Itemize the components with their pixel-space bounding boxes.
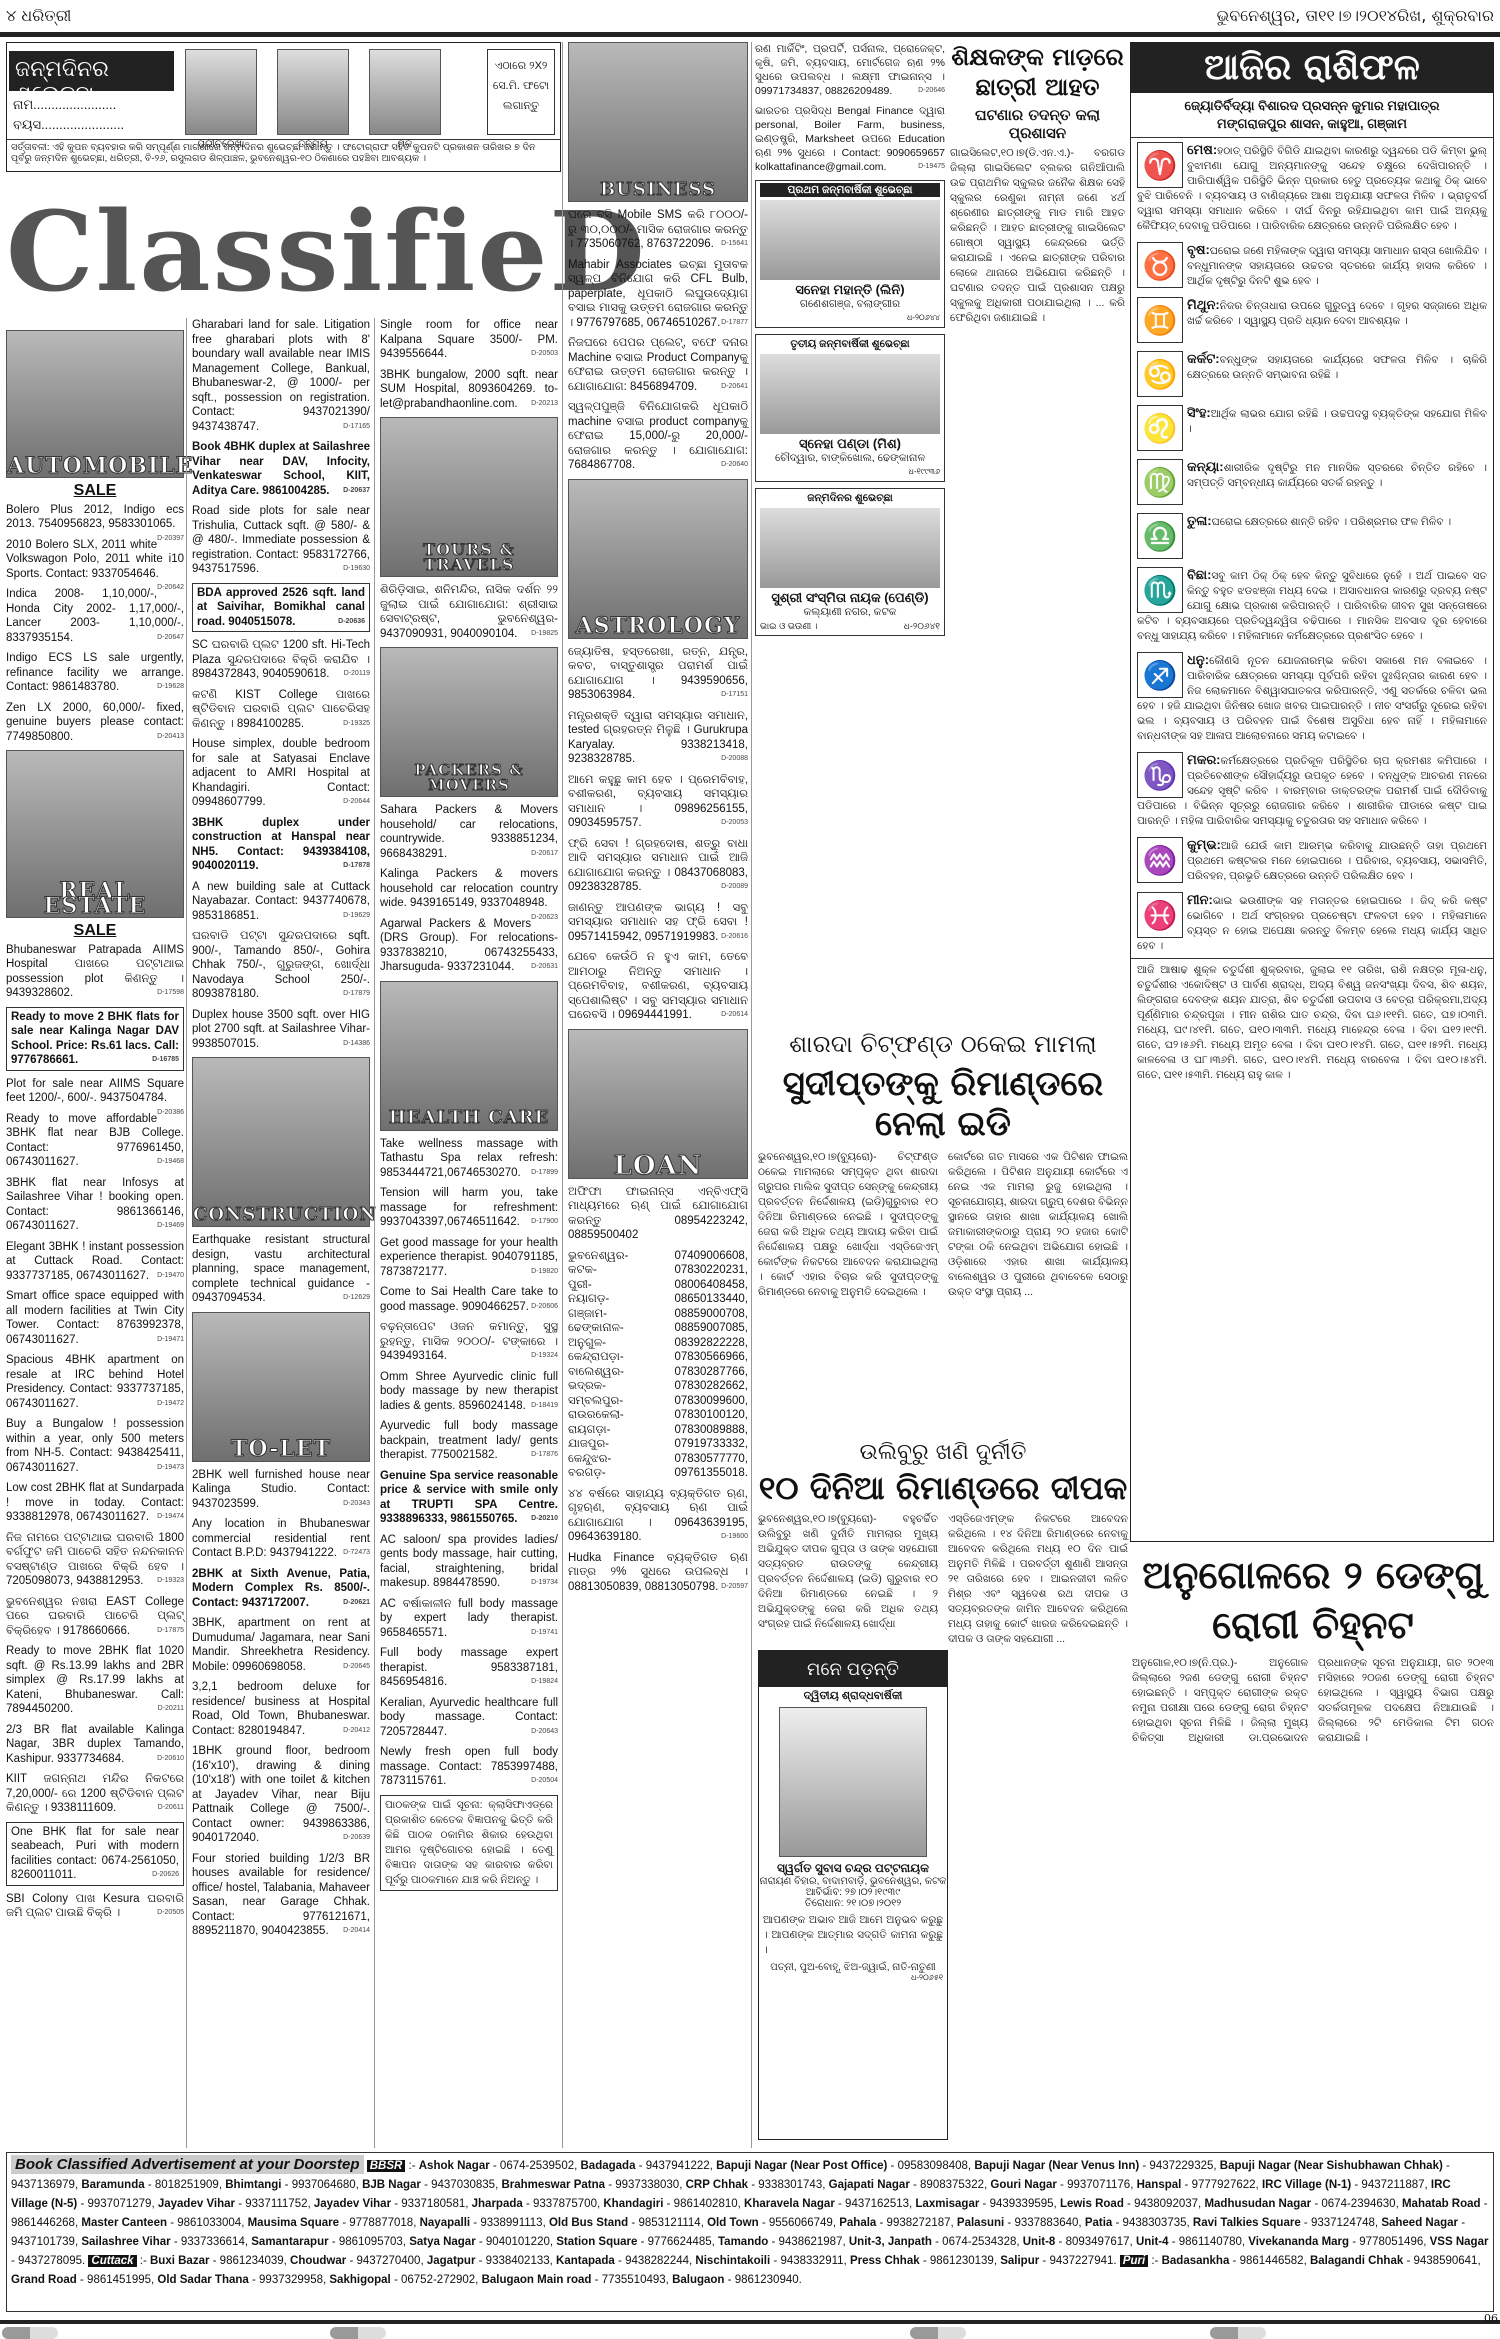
centre-name: Old Sadar Thana — [157, 2274, 248, 2286]
zodiac-icon: ♒ — [1137, 837, 1183, 883]
centre-name: Unit-3, Janpath — [849, 2236, 932, 2248]
classified-ad: Come to Sai Health Care take to good mas… — [380, 1285, 558, 1314]
classified-ad: Ayurvedic full body massage backpain, tr… — [380, 1419, 558, 1463]
ad-code: D-20088 — [721, 752, 748, 767]
centre-name: Gouri Nagar — [990, 2179, 1056, 2191]
centre-phone: 9337875700 — [533, 2198, 597, 2210]
horoscope-sign: ♉ବୃଷ:ଘରୋଇ ଜଣେ ମହିଳାଙ୍କ ଦ୍ୱାରା ସମସ୍ୟା ସାମ… — [1131, 238, 1493, 293]
centre-name: Patia — [1085, 2217, 1113, 2229]
centre-name: Satya Nagar — [409, 2236, 475, 2248]
loan-contact-row: ଯାଜପୁର-07919733332, — [568, 1437, 748, 1452]
classified-ad: Agarwal Packers & Movers (DRS Group). Fo… — [380, 917, 558, 975]
centre-name: Bapuji Nagar (Near Post Office) — [716, 2160, 887, 2172]
top-rule — [0, 32, 1500, 37]
classified-ad: Any location in Bhubaneswar commercial r… — [192, 1517, 370, 1561]
photo-slot: ଏଠାରେ ୨X୨ ସେ.ମି. ଫଟୋ ଲଗାନ୍ତୁ — [487, 49, 555, 135]
ad-code: D-20414 — [343, 1924, 370, 1939]
loan-contact-row: ଅନୁଗୁଳ-08392822228, — [568, 1336, 748, 1351]
child-photo — [760, 354, 940, 434]
centre-name: Badagada — [581, 2160, 636, 2172]
centre-phone: 9937071279 — [87, 2198, 151, 2210]
centre-phone: 9337180581 — [401, 2198, 465, 2210]
horoscope-sign: ♋କର୍କଟ:ବନ୍ଧୁଙ୍କ ସହାୟତାରେ କାର୍ଯ୍ୟରେ ସଫଳତା… — [1131, 347, 1493, 401]
centre-phone: 9437941222 — [646, 2160, 710, 2172]
classified-ad: Bolero Plus 2012, Indigo ecs 2013. 75409… — [6, 503, 184, 532]
column-real-estate-tolet: Gharabari land for sale. Litigation free… — [192, 318, 370, 1945]
sign-name: କୁମ୍ଭ: — [1187, 837, 1221, 852]
column-divider — [562, 42, 563, 2148]
zodiac-icon: ♏ — [1137, 567, 1183, 613]
ad-code: D-20210 — [531, 1512, 558, 1527]
ad-text: Gharabari land for sale. Litigation free… — [192, 319, 370, 433]
sign-name: ବୃଷ: — [1187, 242, 1210, 257]
centre-phone: 9439339595 — [990, 2198, 1054, 2210]
centre-phone: 9556066749 — [769, 2217, 833, 2229]
ad-code: D-19469 — [157, 1219, 184, 1234]
registration-mark — [910, 2327, 966, 2339]
ad-code: D-20639 — [343, 1831, 370, 1846]
centre-name: Samantarapur — [251, 2236, 328, 2248]
horoscope-sign: ♐ଧନୁ:କୌଣସି ନୂତନ ଯୋଜନାରମ୍ଭ କରିବା ସକାଶେ ମନ… — [1131, 648, 1493, 748]
sign-text: ବନ୍ଧୁଙ୍କ ସହାୟତାରେ କାର୍ଯ୍ୟରେ ସଫଳତା ମିଳିବ … — [1187, 354, 1487, 381]
loan-contact-row: ବରଗଡ଼-09761355018. — [568, 1466, 748, 1481]
name-field[interactable]: ନାମ....................... — [13, 97, 116, 113]
centre-name: Sakhigopal — [329, 2274, 390, 2286]
centre-name: Mausima Square — [248, 2217, 339, 2229]
child-photo — [185, 49, 257, 135]
centre-phone: 9861230139 — [930, 2255, 994, 2267]
loan-contact-row: ସମ୍ବଲପୁର-07830099600, — [568, 1394, 748, 1409]
ad-code: D-19629 — [343, 909, 370, 924]
classified-ad: 3,2,1 bedroom deluxe for residence/ busi… — [192, 1680, 370, 1738]
sign-text: ଘରୋଇ ଜଣେ ମହିଳାଙ୍କ ଦ୍ୱାରା ସମସ୍ୟା ସାମାଧାନ … — [1187, 245, 1487, 287]
ad-code: D-20626 — [152, 1868, 179, 1883]
sign-text: ଆଜି ଯେଉଁ କାମ ଆରମ୍ଭ କରିବାକୁ ଯାଉଛନ୍ତି ତାହା… — [1187, 840, 1487, 882]
centre-phone: 9040101220 — [486, 2236, 550, 2248]
ad-code: D-20644 — [343, 795, 370, 810]
classified-ad: କଟଣି KIST College ପାଖରେ ଷ୍ଟିଡିବାନ ଘରବାରି… — [192, 688, 370, 732]
ad-text: ଭାରତର ପ୍ରସିଦ୍ଧ Bengal Finance ଦ୍ୱାରା per… — [755, 105, 945, 173]
footer-title: Book Classified Advertisement at your Do… — [11, 2155, 364, 2174]
centre-phone: 9437270400 — [357, 2255, 421, 2267]
centre-name: Bapuji Nagar (Near Venus Inn) — [974, 2160, 1139, 2172]
centre-phone: 9437030835 — [431, 2179, 495, 2191]
centre-phone: 9861446582 — [1240, 2255, 1304, 2267]
news-story-deepak: ଉଲିବୁରୁ ଖଣି ଦୁର୍ନୀତି ୧୦ ଦିନିଆ ରିମାଣ୍ଡରେ … — [758, 1440, 1128, 1647]
classified-ad: 3BHK flat near Infosys at Sailashree Vih… — [6, 1176, 184, 1234]
ad-code: D-17878 — [343, 859, 370, 874]
horoscope-sign: ♑ମକର:କର୍ମକ୍ଷେତ୍ରରେ ପ୍ରତିକୂଳ ପରିସ୍ଥିତିର ଚ… — [1131, 748, 1493, 833]
zodiac-icon: ♉ — [1137, 242, 1183, 288]
classified-ad: ନିଜ ନାମରେ ପଟ୍ଟାଥାଇ ଘରବାରି 1800 ବର୍ଗଫୁଟ ଜ… — [6, 1531, 184, 1589]
centre-phone: 9438092037 — [1134, 2198, 1198, 2210]
ad-code: D-17899 — [531, 1166, 558, 1181]
classified-ad: BDA approved 2526 sqft. land at Saivihar… — [192, 583, 370, 633]
sign-text: ଘରୋଇ କ୍ଷେତ୍ରରେ ଶାନ୍ତି ରହିବ । ପରିଶ୍ରମର ଫଳ… — [1212, 516, 1452, 528]
sign-text: ଶାରୀରିକ ଦୃଷ୍ଟିରୁ ମନ ମାନସିକ ସ୍ତରରେ ଚିନ୍ତି… — [1187, 462, 1487, 489]
centre-phone: 9437162513 — [845, 2198, 909, 2210]
centre-phone: 0674-2534328 — [942, 2236, 1016, 2248]
classified-ad: Low cost 2BHK flat at Sundarpada ! move … — [6, 1481, 184, 1525]
centre-phone: 7735510493 — [602, 2274, 666, 2286]
age-field[interactable]: ବୟସ....................... — [13, 117, 124, 133]
ad-code: D-20646 — [918, 84, 945, 98]
classified-ad: Omm Shree Ayurvedic clinic full body mas… — [380, 1370, 558, 1414]
horoscope-sign: ♒କୁମ୍ଭ:ଆଜି ଯେଉଁ କାମ ଆରମ୍ଭ କରିବାକୁ ଯାଉଛନ୍… — [1131, 833, 1493, 888]
classified-ad: ଭୁବନେଶ୍ୱର ନଖରା EAST College ପରେ ଘରବାରି ପ… — [6, 1595, 184, 1639]
classified-ad: Buy a Bungalow ! possession within a yea… — [6, 1417, 184, 1475]
ad-code: D-19468 — [157, 1155, 184, 1170]
news-story-dengue: ଅନୁଗୋଳରେ ୨ ଡେଙ୍ଗୁ ରୋଗୀ ଚିହ୍ନଟ ଅନୁଗୋଳ,୧୦।… — [1132, 1550, 1494, 1746]
centre-name: BJB Nagar — [362, 2179, 421, 2191]
centre-phone: 9338991113 — [480, 2217, 542, 2229]
ad-code: D-19825 — [531, 627, 558, 642]
ad-code: D-20641 — [721, 380, 748, 395]
zodiac-icon: ♌ — [1137, 405, 1183, 451]
classified-ad: ଘରେ ବସି Mobile SMS କରି ୮୦୦୦/- ରୁ ୩୦,୦୦୦/… — [568, 208, 748, 252]
classified-ad: ଫ୍ରି ସେବା ! ଗ୍ରହଦୋଷ, ଶତ୍ରୁ ବାଧା ଆଦି ସମସ୍… — [568, 837, 748, 895]
loan-contact-row: ବାଲେଶ୍ୱର-07830287766, — [568, 1365, 748, 1380]
centre-name: Kantapada — [556, 2255, 615, 2267]
classified-ad: Sahara Packers & Movers household/ car r… — [380, 803, 558, 861]
ad-code: D-16785 — [152, 1053, 179, 1068]
centre-name: Buxi Bazar — [150, 2255, 209, 2267]
ad-code: D-19474 — [157, 1510, 184, 1525]
loan-intro: ଅଫିଫା ଫାଇନାନ୍ସ ଏନ୍‌ବିଏଫ୍‌ସି ମାଧ୍ୟମରେ ଋଣ୍… — [568, 1185, 748, 1243]
classified-ad: Tension will harm you, take massage for … — [380, 1186, 558, 1230]
ad-text: ରଣ ମାର୍କିଟିଂ, ପ୍ରପର୍ଟି, ପର୍ସନାଲ, ପ୍ରୋଜେକ… — [755, 43, 945, 97]
business-banner: BUSINESS — [568, 42, 748, 202]
ad-code: D-17900 — [531, 1215, 558, 1230]
classified-ad: Newly fresh open full body massage. Cont… — [380, 1745, 558, 1789]
classified-ad: 3BHK bungalow, 2000 sqft. near SUM Hospi… — [380, 368, 558, 412]
centre-name: Brahmeswar Patna — [501, 2179, 605, 2191]
ad-code: D-20621 — [343, 1596, 370, 1611]
loan-contact-row: ଢେଙ୍କାନାଳ-08859007085, — [568, 1321, 748, 1336]
classified-ad: 1BHK ground floor, bedroom (16'x10'), dr… — [192, 1744, 370, 1846]
centre-phone: 8908375322 — [920, 2179, 984, 2191]
automobile-banner: AUTOMOBILE — [6, 330, 184, 478]
horoscope-sign: ♌ସିଂହ:ଆର୍ଥିକ ଲାଭର ଯୋଗ ରହିଛି । ଉଚ୍ଚପଦସ୍ଥ … — [1131, 401, 1493, 455]
page-number: 06 — [1484, 2312, 1498, 2325]
story-body-right: କୋର୍ଟରେ ଗତ ମାସରେ ଏକ ପିଟିଶନ ଫାଇଲ କରିଥିଲେ … — [948, 1150, 1128, 1300]
centre-phone: 9437101739 — [11, 2236, 75, 2248]
ad-code: D-20597 — [721, 1580, 748, 1595]
centre-name: Master Canteen — [81, 2217, 167, 2229]
classified-ad: ଜ୍ୟୋତିଷ, ହସ୍ତରେଖା, ରତ୍ନ, ଯନ୍ତ୍ର, କବଚ, ବା… — [568, 645, 748, 703]
region-tag: Puri — [1120, 2255, 1148, 2267]
page-label: ୪ ଧରିତ୍ରୀ — [6, 6, 71, 32]
centre-name: Pahala — [839, 2217, 876, 2229]
loan-contact-row: ଗଞ୍ଜାମ-08859000708, — [568, 1307, 748, 1322]
centre-name: Balugaon Main road — [482, 2274, 592, 2286]
centre-phone: 9861446268 — [11, 2217, 75, 2229]
classified-ad: Full body massage expert therapist. 9583… — [380, 1646, 558, 1690]
zodiac-icon: ♈ — [1137, 142, 1183, 188]
ad-code: D-20616 — [721, 930, 748, 945]
ad-code: D-20413 — [157, 730, 184, 745]
centre-phone: 9438621987 — [779, 2236, 843, 2248]
ad-code: D-17877 — [721, 316, 748, 331]
centre-name: Lewis Road — [1060, 2198, 1124, 2210]
ad-code: D-19324 — [531, 1349, 558, 1364]
baby-photo — [760, 200, 940, 280]
ad-code: D-20614 — [721, 1008, 748, 1023]
centre-name: Press Chhak — [850, 2255, 920, 2267]
ad-code: D-20617 — [531, 847, 558, 862]
classified-ad: 2/3 BR flat available Kalinga Nagar, 3BR… — [6, 1723, 184, 1767]
classified-ad: 2BHK at Sixth Avenue, Patia, Modern Comp… — [192, 1567, 370, 1611]
registration-mark — [2, 2327, 58, 2339]
ad-code: D-12629 — [343, 1291, 370, 1306]
centre-phone: 9338402133 — [486, 2255, 550, 2267]
birthday-coupon: ଜନ୍ମଦିନର ଶୁଭେଚ୍ଛା ନାମ...................… — [6, 42, 561, 172]
health-care-banner: HEALTH CARE — [380, 981, 558, 1131]
dateline: ଭୁବନେଶ୍ୱର, ତା୧୧।୭।୨୦୧୪ରିଖ, ଶୁକ୍ରବାର — [1217, 6, 1494, 32]
sign-name: ବିଛା: — [1187, 567, 1211, 582]
kicker: ଉଲିବୁରୁ ଖଣି ଦୁର୍ନୀତି — [758, 1440, 1128, 1465]
centre-name: Madhusudan Nagar — [1204, 2198, 1311, 2210]
ad-code: D-19824 — [531, 1675, 558, 1690]
classified-ad: ୪୪ ବର୍ଷରେ ସାହାଯ୍ୟ ବ୍ୟକ୍ତିଗତ ଋଣ, ଗୃହଋଣ, ବ… — [568, 1487, 748, 1545]
news-story-teacher: ଶିକ୍ଷକଙ୍କ ମାଡ଼ରେ ଛାତ୍ରୀ ଆହତ ଘଟଣାର ତଦନ୍ତ … — [950, 42, 1125, 326]
ad-code: D-19471 — [157, 1333, 184, 1348]
classified-ad: Single room for office near Kalpana Squa… — [380, 318, 558, 362]
zodiac-icon: ♐ — [1137, 652, 1183, 698]
loan-contact-row: କେନ୍ଦ୍ରାପଡ଼ା-07830566966, — [568, 1350, 748, 1365]
ad-code: D-20623 — [531, 911, 558, 926]
ad-code: D-17598 — [157, 986, 184, 1001]
ad-code: D-20611 — [158, 1801, 184, 1816]
ad-code: D-20636 — [338, 615, 365, 630]
sign-name: ଧନୁ: — [1187, 652, 1209, 667]
memorial-notice: ମନେ ପଡ଼ନ୍ତି ଦ୍ୱିତୀୟ ଶ୍ରାଦ୍ଧବାର୍ଷିକୀ ସ୍ୱର… — [758, 1650, 948, 2140]
centre-name: Sailashree Vihar — [81, 2236, 170, 2248]
zodiac-icon: ♓ — [1137, 892, 1183, 938]
ad-code: D-19734 — [531, 1576, 558, 1591]
ad-text: Plot for sale near AIIMS Square feet 120… — [6, 1078, 184, 1105]
centre-phone: 8093497617 — [1066, 2236, 1130, 2248]
bottom-rule — [0, 2320, 1500, 2324]
horoscope-sign: ♏ବିଛା:ସବୁ କାମ ଠିକ୍ ଠିକ୍ ହେବ କିନ୍ତୁ ସୁବିଧ… — [1131, 563, 1493, 648]
horoscope-sign: ♓ମୀନ:ଭାଇ ଭଉଣୀଙ୍କ ସହ ମତାନ୍ତର ହୋଇପାରେ । ଜି… — [1131, 888, 1493, 958]
centre-phone: 9437211887 — [1361, 2179, 1424, 2191]
centre-phone: 9337111752 — [245, 2198, 307, 2210]
classified-ad: Kalinga Packers & movers household car r… — [380, 867, 558, 911]
centre-name: Nayapalli — [420, 2217, 471, 2229]
classified-ad: ଆମେ କହୁଛୁ କାମ ହେବ । ପ୍ରେମବିବାହ, ବଶୀକରଣ, … — [568, 773, 748, 831]
centre-name: Jayadev Vihar — [314, 2198, 391, 2210]
portrait-photo — [779, 1707, 927, 1857]
loan-contact-row: ରାଉରକେଲା-07830100120, — [568, 1408, 748, 1423]
headline: ଅନୁଗୋଳରେ ୨ ଡେଙ୍ଗୁ ରୋଗୀ ଚିହ୍ନଟ — [1132, 1550, 1494, 1650]
ad-text: Kalinga Packers & movers household car r… — [380, 868, 558, 909]
ad-code: D-17876 — [531, 1448, 558, 1463]
sign-name: ମକର: — [1187, 752, 1221, 767]
registration-mark — [330, 2327, 386, 2339]
ad-code: D-20343 — [343, 1497, 370, 1512]
centre-phone: 9937071176 — [1067, 2179, 1130, 2191]
classified-ad: Ready to move 2 BHK flats for sale near … — [6, 1007, 184, 1071]
sign-name: ମିଥୁନ: — [1187, 297, 1220, 312]
centre-name: Jagatpur — [427, 2255, 476, 2267]
horoscope-sign: ♊ମିଥୁନ:ନିଜର ଚିନ୍ତାଧାରା ଉପରେ ଗୁରୁତ୍ୱ ଦେବେ… — [1131, 293, 1493, 347]
kicker: ଶାରଦା ଚିଟ୍‌ଫଣ୍ଡ ଠକେଇ ମାମଲା — [758, 1030, 1128, 1058]
column-divider — [186, 318, 187, 2148]
tours-travels-banner: TOURS & TRAVELS — [380, 417, 558, 577]
classified-ad: AC saloon/ spa provides ladies/ gents bo… — [380, 1533, 558, 1591]
ad-code: D-20647 — [157, 631, 184, 646]
column-finance-wishes: ରଣ ମାର୍କିଟିଂ, ପ୍ରପର୍ଟି, ପର୍ସନାଲ, ପ୍ରୋଜେକ… — [755, 42, 945, 642]
centre-phone: 9861234039 — [220, 2255, 284, 2267]
ad-code: D-19472 — [157, 1397, 184, 1412]
coupon-rules: ସର୍ତ୍ତାବଳୀ: ଏହି କୁପନ ବ୍ୟବହାର କରି ସମ୍ପୂର୍… — [7, 139, 560, 171]
classified-ad: Gharabari land for sale. Litigation free… — [192, 318, 370, 434]
ad-code: D-72473 — [343, 1546, 370, 1561]
centre-name: Unit-4 — [1136, 2236, 1169, 2248]
centre-phone: 9776624485 — [648, 2236, 712, 2248]
ad-text: Bolero Plus 2012, Indigo ecs 2013. 75409… — [6, 504, 184, 531]
news-story-saradha: ଶାରଦା ଚିଟ୍‌ଫଣ୍ଡ ଠକେଇ ମାମଲା ସୁଦୀପ୍ତଙ୍କୁ ର… — [758, 1030, 1128, 1300]
zodiac-icon: ♋ — [1137, 351, 1183, 397]
story-body: ଅନୁଗୋଳ,୧୦।୭(ନି.ପ୍ର.)- ଅନୁଗୋଳ ଜିଲ୍ଲାରେ ୨ଜ… — [1132, 1656, 1494, 1746]
child-photo — [277, 49, 349, 135]
horoscope-sign: ♈ମେଷ:ହଠାତ୍ ପରିସ୍ଥିତି ବିଗିଡି ଯାଇଥିବା କାରଣ… — [1131, 138, 1493, 238]
real-estate-banner: REAL ESTATE — [6, 750, 184, 918]
centre-name: CRP Chhak — [686, 2179, 748, 2191]
ad-code: D-19628 — [157, 680, 184, 695]
centre-phone: 9937329958 — [259, 2274, 323, 2286]
column-travel-health: Single room for office near Kalpana Squa… — [380, 318, 558, 1897]
classified-ad: KIIT ଜଗନ୍ନାଥ ମନ୍ଦିର ନିକଟରେ 7,20,000/- ରେ… — [6, 1772, 184, 1816]
classified-ad: ଜାଣନ୍ତୁ ଆପଣଙ୍କ ଭାଗ୍ୟ ! ସବୁ ସମସ୍ୟାର ସମାଧା… — [568, 901, 748, 945]
ad-code: D-17151 — [721, 688, 748, 703]
classified-ad: 2BHK well furnished house near Kalinga S… — [192, 1468, 370, 1512]
centre-name: Badasankha — [1162, 2255, 1230, 2267]
sign-name: କନ୍ୟା: — [1187, 459, 1224, 474]
centre-name: Tamando — [718, 2236, 768, 2248]
reader-notice: ପାଠକଙ୍କ ପାଇଁ ସୂଚନା: କ୍ଲାସିଫାଏଡ୍‌ରେ ପ୍ରକା… — [380, 1795, 558, 1891]
classified-ad: Indica 2008- 1,10,000/-, Honda City 2002… — [6, 587, 184, 645]
sign-text: ଆର୍ଥିକ ଲାଭର ଯୋଗ ରହିଛି । ଉଚ୍ଚପଦସ୍ଥ ବ୍ୟକ୍ତ… — [1187, 408, 1487, 435]
centre-phone: 0674-2539502 — [500, 2160, 574, 2172]
ad-code: D-20610 — [157, 1752, 184, 1767]
classified-ad: SC ଘରବାରି ପ୍ଲଟ 1200 sft. Hi-Tech Plaza ସ… — [192, 638, 370, 682]
centre-phone: 9337124748 — [1311, 2217, 1375, 2229]
loan-contact-row: କେନ୍ଦୁଝର-07830577770, — [568, 1452, 748, 1467]
classified-ad: Indigo ECS LS sale urgently, refinance f… — [6, 651, 184, 695]
zodiac-icon: ♑ — [1137, 752, 1183, 798]
classified-ad: Take wellness massage with Tathastu Spa … — [380, 1137, 558, 1181]
centre-name: Bapuji Nagar (Near Sishubhawan Chhak) — [1220, 2160, 1443, 2172]
centre-phone: 9778051496 — [1359, 2236, 1423, 2248]
ad-text: 1BHK ground floor, bedroom (16'x10'), dr… — [192, 1745, 370, 1844]
centre-name: Khandagiri — [603, 2198, 663, 2210]
astrology-banner: ASTROLOGY — [568, 479, 748, 639]
classified-logo: ClassifieD — [6, 198, 561, 306]
classified-ad: Duplex house 3500 sqft. over HIG plot 27… — [192, 1008, 370, 1052]
classified-ad: 3BHK, apartment on rent at Dumuduma/ Jag… — [192, 1616, 370, 1674]
classified-ad: 3BHK duplex under construction at Hanspa… — [192, 816, 370, 874]
centre-name: Bhimtangi — [225, 2179, 281, 2191]
sign-text: ହଠାତ୍ ପରିସ୍ଥିତି ବିଗିଡି ଯାଇଥିବା କାରଣରୁ ଦ୍… — [1137, 145, 1487, 232]
centre-phone: 9938272187 — [887, 2217, 951, 2229]
classified-ad: Spacious 4BHK apartment on resale at IRC… — [6, 1353, 184, 1411]
ad-code: D-19741 — [531, 1626, 558, 1641]
centre-phone: 9437278095 — [18, 2255, 82, 2267]
classified-ad: Earthquake resistant structural design, … — [192, 1233, 370, 1306]
classified-ad: Keralian, Ayurvedic healthcare full body… — [380, 1696, 558, 1740]
horoscope-title: ଆଜିର ରାଶିଫଳ — [1131, 43, 1493, 93]
zodiac-icon: ♊ — [1137, 297, 1183, 343]
centre-phone: 9853121114 — [638, 2217, 700, 2229]
centre-phone: 0674-2394630 — [1321, 2198, 1395, 2210]
column-divider — [751, 42, 752, 2148]
booking-centres: Book Classified Advertisement at your Do… — [6, 2152, 1494, 2312]
headline: ସୁଦୀପ୍ତଙ୍କୁ ରିମାଣ୍ଡରେ ନେଲା ଇଡି — [758, 1064, 1128, 1144]
centre-name: Old Town — [707, 2217, 759, 2229]
ad-code: D-20645 — [343, 1660, 370, 1675]
ad-code: D-20631 — [531, 960, 558, 975]
centre-name: Vivekananda Marg — [1248, 2236, 1349, 2248]
centre-phone: 9438303735 — [1123, 2217, 1187, 2229]
classified-ad: ନିଜଘରେ ପେପର ପ୍ଲେଟ୍, ବଫେ ଦନାର Machine ବସା… — [568, 336, 748, 394]
panjika: ଆଜି ଆଷାଢ ଶୁକ୍ଳ ଚତୁର୍ଦ୍ଦଶୀ ଶୁକ୍ରବାର, ଜୁଲା… — [1131, 958, 1493, 1087]
centre-phone: 9778877018 — [349, 2217, 413, 2229]
classified-ad: Hudka Finance ବ୍ୟକ୍ତିଗତ ଋଣ ମାତ୍ର ୨% ସୁଧର… — [568, 1551, 748, 1595]
sign-text: ନିଜର ଚିନ୍ତାଧାରା ଉପରେ ଗୁରୁତ୍ୱ ଦେବେ । ଗୃହର… — [1187, 300, 1487, 327]
masthead: ୪ ଧରିତ୍ରୀ ଭୁବନେଶ୍ୱର, ତା୧୧।୭।୨୦୧୪ରିଖ, ଶୁକ… — [6, 6, 1494, 32]
centre-name: Jayadev Vihar — [158, 2198, 235, 2210]
classified-ad: ସ୍ୱଳ୍ପପୁଞ୍ଜି ବିନିଯୋଗକରି ଧୂପକାଠି machine … — [568, 400, 748, 473]
centre-name: Balugaon — [672, 2274, 724, 2286]
loan-contact-row: ପୁରୀ-08006408458, — [568, 1278, 748, 1293]
centre-name: Palasuni — [957, 2217, 1004, 2229]
ad-code: D-14386 — [343, 1037, 370, 1052]
memorial-title: ମନେ ପଡ଼ନ୍ତି — [759, 1651, 947, 1687]
centre-name: IRC Village (N-1) — [1262, 2179, 1351, 2191]
classified-ad: Smart office space equipped with all mod… — [6, 1289, 184, 1347]
region-tag: Cuttack — [88, 2255, 136, 2267]
ad-code: D-20505 — [157, 1906, 184, 1921]
ad-code: D-17165 — [343, 420, 370, 435]
classified-ad: SBI Colony ପାଖ Kesura ଘରବାରି ଜମି ପ୍ଲଟ ପା… — [6, 1892, 184, 1921]
classified-ad: Bhubaneswar Patrapada AIIMS Hospital ପାଖ… — [6, 943, 184, 1001]
section-heading: SALE — [6, 924, 184, 939]
section-heading: SALE — [6, 484, 184, 499]
centre-phone: 9861095703 — [339, 2236, 403, 2248]
centre-phone: 9437227941 — [1049, 2255, 1113, 2267]
centre-name: Mahatab Road — [1402, 2198, 1481, 2210]
ad-code: D-20606 — [531, 1300, 558, 1315]
column-business-astrology-loan: BUSINESS ଘରେ ବସି Mobile SMS କରି ୮୦୦୦/- ର… — [568, 42, 748, 1600]
centre-name: Ashok Nagar — [419, 2160, 490, 2172]
ad-code: D-20637 — [343, 484, 370, 499]
ad-code: D-20503 — [531, 347, 558, 362]
horoscope-sign: ♎ତୁଳା:ଘରୋଇ କ୍ଷେତ୍ରରେ ଶାନ୍ତି ରହିବ । ପରିଶ୍… — [1131, 509, 1493, 563]
centre-phone: 09583098408 — [898, 2160, 968, 2172]
coupon-title: ଜନ୍ମଦିନର ଶୁଭେଚ୍ଛା — [9, 51, 174, 91]
sign-text: କୌଣସି ନୂତନ ଯୋଜନାରମ୍ଭ କରିବା ସକାଶେ ମନ ବଳାଇ… — [1137, 655, 1487, 742]
centre-name: Saheed Nagar — [1381, 2217, 1458, 2229]
ad-code: D-20640 — [721, 458, 748, 473]
ad-code: D-20053 — [721, 816, 748, 831]
classified-ad: Elegant 3BHK ! instant possession at Cut… — [6, 1240, 184, 1284]
centre-name: Kharavela Nagar — [744, 2198, 835, 2210]
ad-code: D-20386 — [157, 1106, 184, 1121]
centre-phone: 9438282244 — [625, 2255, 689, 2267]
ad-code: D-20089 — [721, 880, 748, 895]
